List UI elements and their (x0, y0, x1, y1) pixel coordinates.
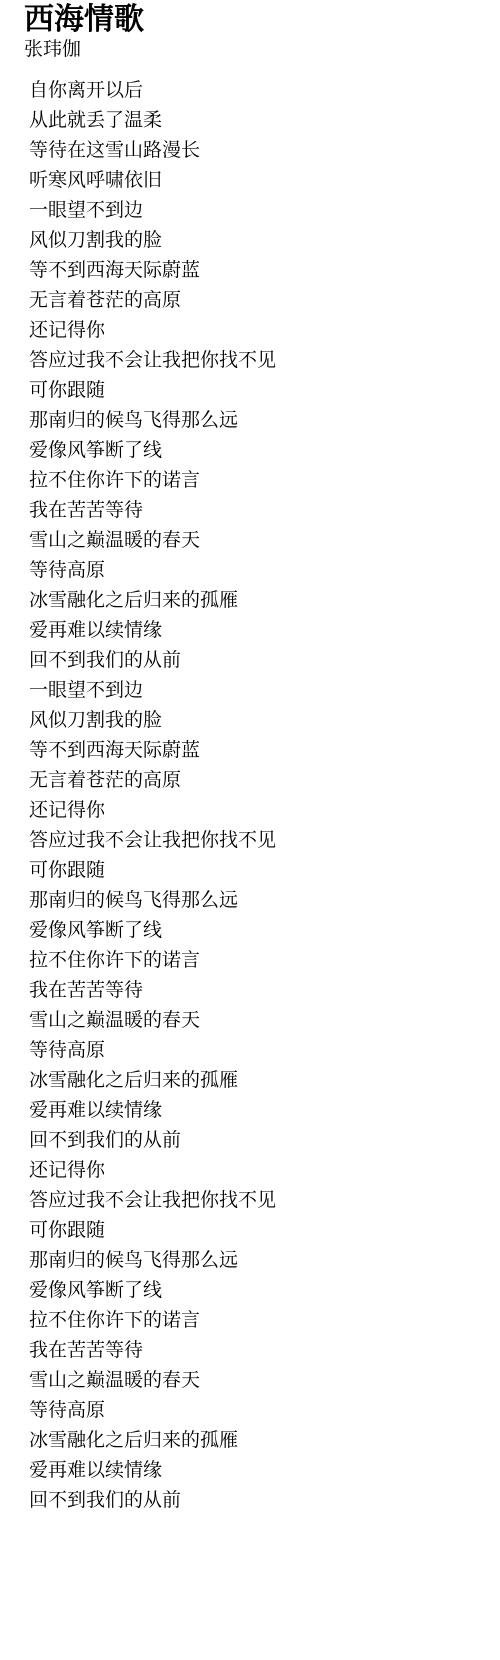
lyric-line: 一眼望不到边 (29, 676, 490, 706)
lyric-line: 爱像风筝断了线 (29, 916, 490, 946)
lyric-line: 雪山之巅温暖的春天 (29, 1006, 490, 1036)
lyric-line: 冰雪融化之后归来的孤雁 (29, 586, 490, 616)
lyric-line: 还记得你 (29, 316, 490, 346)
lyric-line: 冰雪融化之后归来的孤雁 (29, 1066, 490, 1096)
lyric-line: 回不到我们的从前 (29, 1486, 490, 1516)
lyric-line: 回不到我们的从前 (29, 1126, 490, 1156)
lyric-line: 等待高原 (29, 556, 490, 586)
lyric-line: 可你跟随 (29, 856, 490, 886)
lyric-line: 我在苦苦等待 (29, 1336, 490, 1366)
lyrics-body: 自你离开以后从此就丢了温柔等待在这雪山路漫长听寒风呼啸依旧一眼望不到边风似刀割我… (29, 76, 490, 1516)
lyric-line: 还记得你 (29, 796, 490, 826)
lyric-line: 从此就丢了温柔 (29, 106, 490, 136)
lyric-line: 等不到西海天际蔚蓝 (29, 256, 490, 286)
lyric-line: 拉不住你许下的诺言 (29, 946, 490, 976)
artist-name: 张玮伽 (24, 38, 490, 62)
lyric-line: 那南归的候鸟飞得那么远 (29, 1246, 490, 1276)
lyric-line: 回不到我们的从前 (29, 646, 490, 676)
lyric-line: 答应过我不会让我把你找不见 (29, 826, 490, 856)
lyric-line: 雪山之巅温暖的春天 (29, 526, 490, 556)
lyric-line: 冰雪融化之后归来的孤雁 (29, 1426, 490, 1456)
lyric-line: 等待在这雪山路漫长 (29, 136, 490, 166)
lyric-line: 爱再难以续情缘 (29, 1096, 490, 1126)
lyric-line: 爱再难以续情缘 (29, 616, 490, 646)
lyric-line: 那南归的候鸟飞得那么远 (29, 886, 490, 916)
lyric-line: 无言着苍茫的高原 (29, 766, 490, 796)
lyric-line: 我在苦苦等待 (29, 976, 490, 1006)
lyric-line: 可你跟随 (29, 376, 490, 406)
lyric-line: 风似刀割我的脸 (29, 706, 490, 736)
lyric-line: 听寒风呼啸依旧 (29, 166, 490, 196)
lyric-line: 等待高原 (29, 1036, 490, 1066)
lyric-line: 爱像风筝断了线 (29, 436, 490, 466)
lyric-line: 可你跟随 (29, 1216, 490, 1246)
lyric-line: 答应过我不会让我把你找不见 (29, 1186, 490, 1216)
lyric-line: 爱再难以续情缘 (29, 1456, 490, 1486)
lyric-line: 风似刀割我的脸 (29, 226, 490, 256)
song-title: 西海情歌 (24, 2, 490, 38)
lyric-line: 拉不住你许下的诺言 (29, 466, 490, 496)
lyric-line: 答应过我不会让我把你找不见 (29, 346, 490, 376)
lyric-line: 爱像风筝断了线 (29, 1276, 490, 1306)
lyric-line: 无言着苍茫的高原 (29, 286, 490, 316)
lyric-line: 拉不住你许下的诺言 (29, 1306, 490, 1336)
lyric-line: 我在苦苦等待 (29, 496, 490, 526)
lyric-line: 等不到西海天际蔚蓝 (29, 736, 490, 766)
lyric-line: 一眼望不到边 (29, 196, 490, 226)
lyric-line: 等待高原 (29, 1396, 490, 1426)
lyric-line: 雪山之巅温暖的春天 (29, 1366, 490, 1396)
lyric-line: 那南归的候鸟飞得那么远 (29, 406, 490, 436)
lyric-line: 还记得你 (29, 1156, 490, 1186)
lyrics-page: 西海情歌 张玮伽 自你离开以后从此就丢了温柔等待在这雪山路漫长听寒风呼啸依旧一眼… (0, 0, 500, 1516)
lyric-line: 自你离开以后 (29, 76, 490, 106)
